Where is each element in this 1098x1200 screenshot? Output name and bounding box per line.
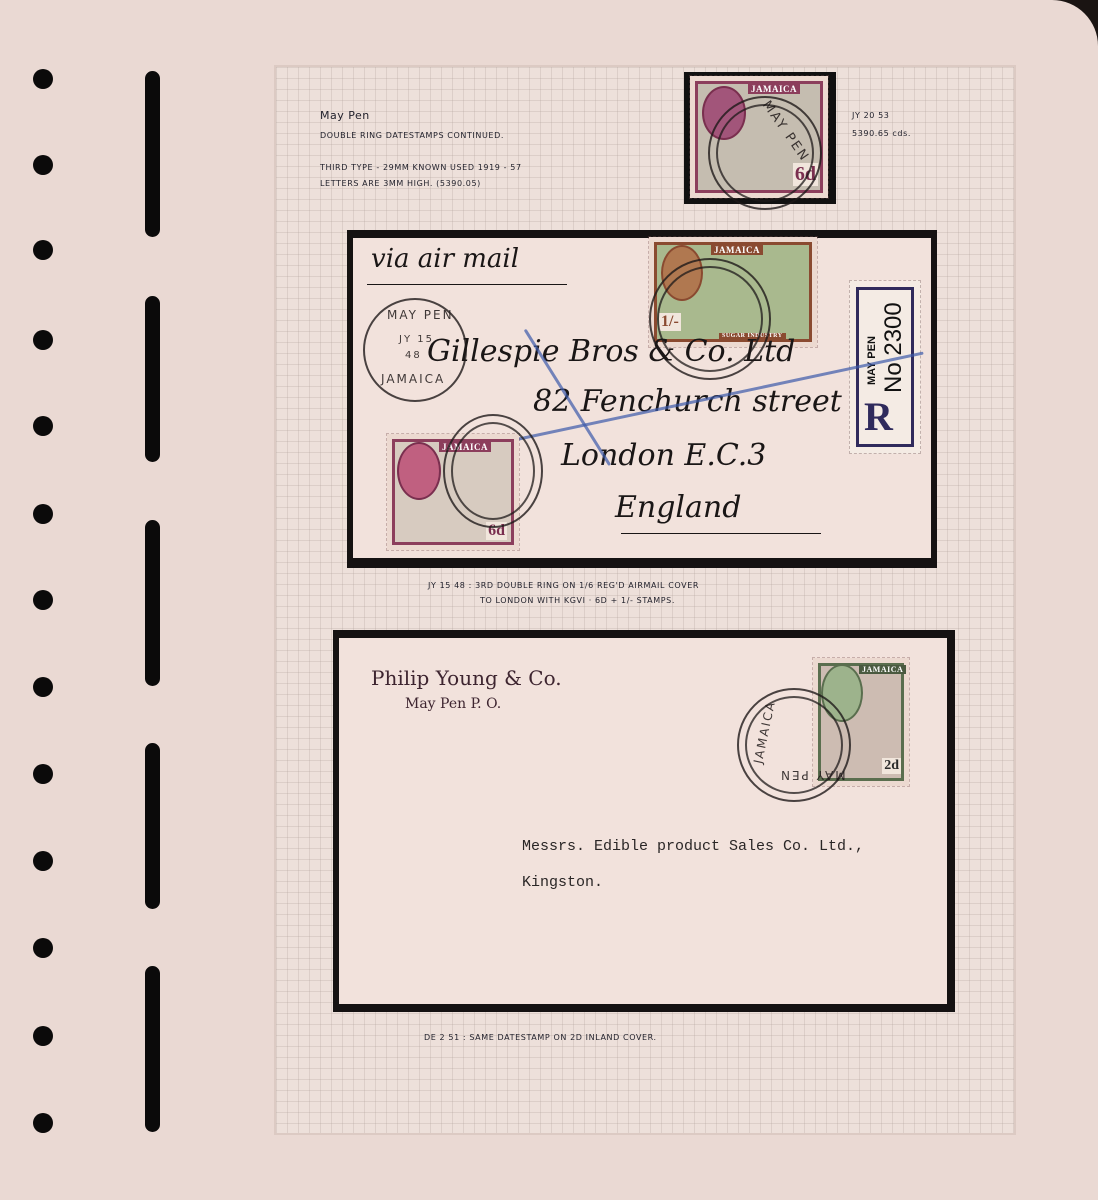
binder-slot: [145, 520, 160, 686]
postmark-on-stamp: [443, 414, 543, 528]
address-underline: [621, 533, 821, 534]
stamp-value: 2d: [882, 758, 901, 774]
cover1-caption-line2: to London with KGVI · 6d + 1/- stamps.: [480, 593, 675, 609]
header-note-line2: Third Type - 29mm Known Used 1919 - 57: [320, 160, 522, 176]
registration-number: No 2300: [880, 302, 908, 393]
address-line-1: Gillespie Bros & Co. Ltd: [427, 334, 795, 370]
binder-hole: [33, 240, 53, 260]
binder-hole: [33, 764, 53, 784]
cover2-caption: DE 2 51 : Same Datestamp on 2d Inland Co…: [424, 1030, 657, 1046]
stamp-country: JAMAICA: [859, 665, 906, 674]
stamp-country: JAMAICA: [711, 245, 763, 255]
stamp-note-catalog: 5390.65 cds.: [852, 126, 911, 142]
binder-slot: [145, 296, 160, 462]
binder-hole: [33, 155, 53, 175]
inland-cover[interactable]: Philip Young & Co. May Pen P. O. JAMAICA…: [339, 638, 947, 1004]
binder-hole: [33, 1113, 53, 1133]
binder-hole: [33, 851, 53, 871]
address-line-4: England: [615, 490, 741, 526]
stamp-country: JAMAICA: [748, 84, 800, 94]
airmail-underline: [367, 284, 567, 285]
king-portrait: [397, 442, 441, 500]
registration-r: R: [864, 393, 893, 440]
postmark-bottom: MAY PEN: [779, 768, 846, 782]
binder-hole: [33, 590, 53, 610]
airmail-cover[interactable]: via air mail MAY PEN JY 15 48 JAMAICA JA…: [353, 238, 931, 558]
postmark-top: MAY PEN: [387, 308, 454, 322]
cover1-caption-line1: JY 15 48 : 3rd Double Ring on 1/6 Reg'd …: [428, 578, 699, 594]
binder-hole: [33, 504, 53, 524]
binder-slot: [145, 71, 160, 237]
page-title: May Pen: [320, 108, 370, 124]
binder-slot: [145, 966, 160, 1132]
postmark-year: 48: [405, 350, 422, 361]
binder-hole: [33, 677, 53, 697]
address-line-3: London E.C.3: [561, 438, 766, 474]
binder-hole: [33, 416, 53, 436]
typed-address-line1: Messrs. Edible product Sales Co. Ltd.,: [522, 838, 864, 855]
single-stamp-6d[interactable]: JAMAICA 6d MAY PEN: [690, 76, 828, 198]
binder-hole: [33, 330, 53, 350]
header-note-line1: Double Ring Datestamps Continued.: [320, 128, 504, 144]
typed-address-line2: Kingston.: [522, 874, 603, 891]
binder-hole: [33, 69, 53, 89]
header-note-line3: Letters Are 3mm High. (5390.05): [320, 176, 481, 192]
binder-hole: [33, 1026, 53, 1046]
album-page: May Pen Double Ring Datestamps Continued…: [0, 0, 1098, 1200]
postmark-bottom: JAMAICA: [381, 372, 445, 386]
stamp-note-date: JY 20 53: [852, 108, 890, 124]
binder-hole: [33, 938, 53, 958]
letterhead-name: Philip Young & Co.: [371, 666, 562, 690]
letterhead-sub: May Pen P. O.: [405, 696, 501, 712]
airmail-label: via air mail: [371, 244, 519, 274]
binder-slot: [145, 743, 160, 909]
